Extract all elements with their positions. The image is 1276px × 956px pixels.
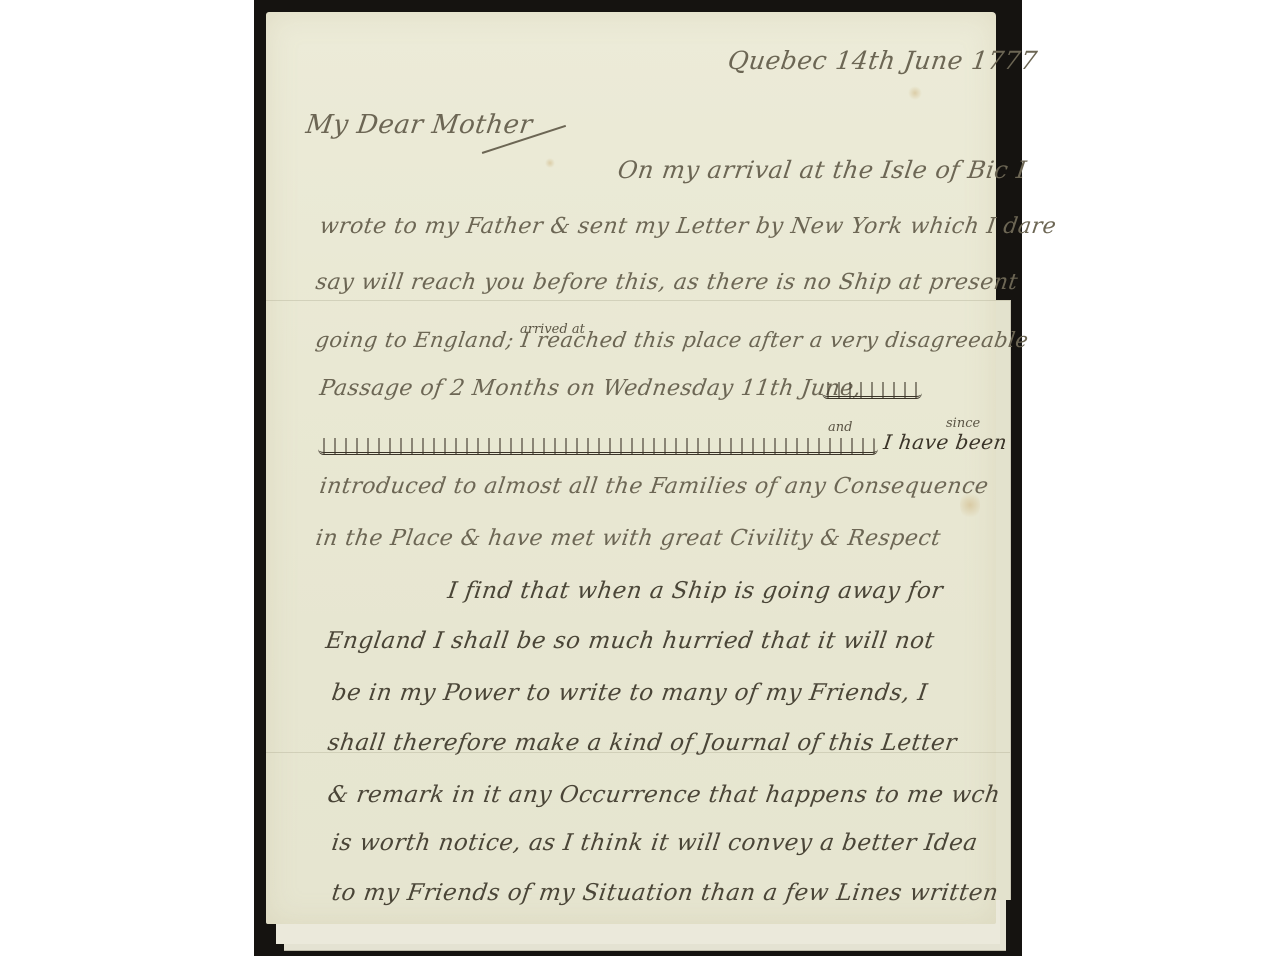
letter-line: to my Friends of my Situation than a few… (330, 880, 1000, 906)
photo-stage: Quebec 14th June 1777 My Dear Mother On … (0, 0, 1276, 956)
letter-dateline: Quebec 14th June 1777 (726, 46, 1039, 75)
letter-line: I have been (882, 430, 1009, 454)
paper-crease (266, 300, 1010, 301)
letter-line: Passage of 2 Months on Wednesday 11th Ju… (318, 376, 863, 401)
paper-stain (545, 158, 555, 168)
letter-line: be in my Power to write to many of my Fr… (330, 680, 929, 706)
struck-through-text (822, 382, 922, 399)
letter-line: say will reach you before this, as there… (314, 270, 1020, 295)
letter-line: & remark in it any Occurrence that happe… (326, 782, 1002, 808)
letter-line: On my arrival at the Isle of Bic I (616, 156, 1028, 184)
insertion-since: since (946, 416, 980, 431)
letter-line: in the Place & have met with great Civil… (314, 526, 942, 551)
letter-line: I find that when a Ship is going away fo… (446, 578, 945, 604)
letter-line: is worth notice, as I think it will conv… (330, 830, 979, 856)
letter-line: shall therefore make a kind of Journal o… (326, 730, 959, 756)
struck-through-line (318, 438, 878, 455)
letter-line: introduced to almost all the Families of… (318, 474, 990, 499)
letter-line: England I shall be so much hurried that … (324, 628, 936, 654)
letter-line: wrote to my Father & sent my Letter by N… (318, 214, 1058, 239)
insertion-and: and (828, 420, 852, 435)
letter-salutation: My Dear Mother (304, 110, 535, 140)
paper-stain (908, 86, 922, 100)
letter-line: going to England; I reached this place a… (314, 328, 1030, 352)
